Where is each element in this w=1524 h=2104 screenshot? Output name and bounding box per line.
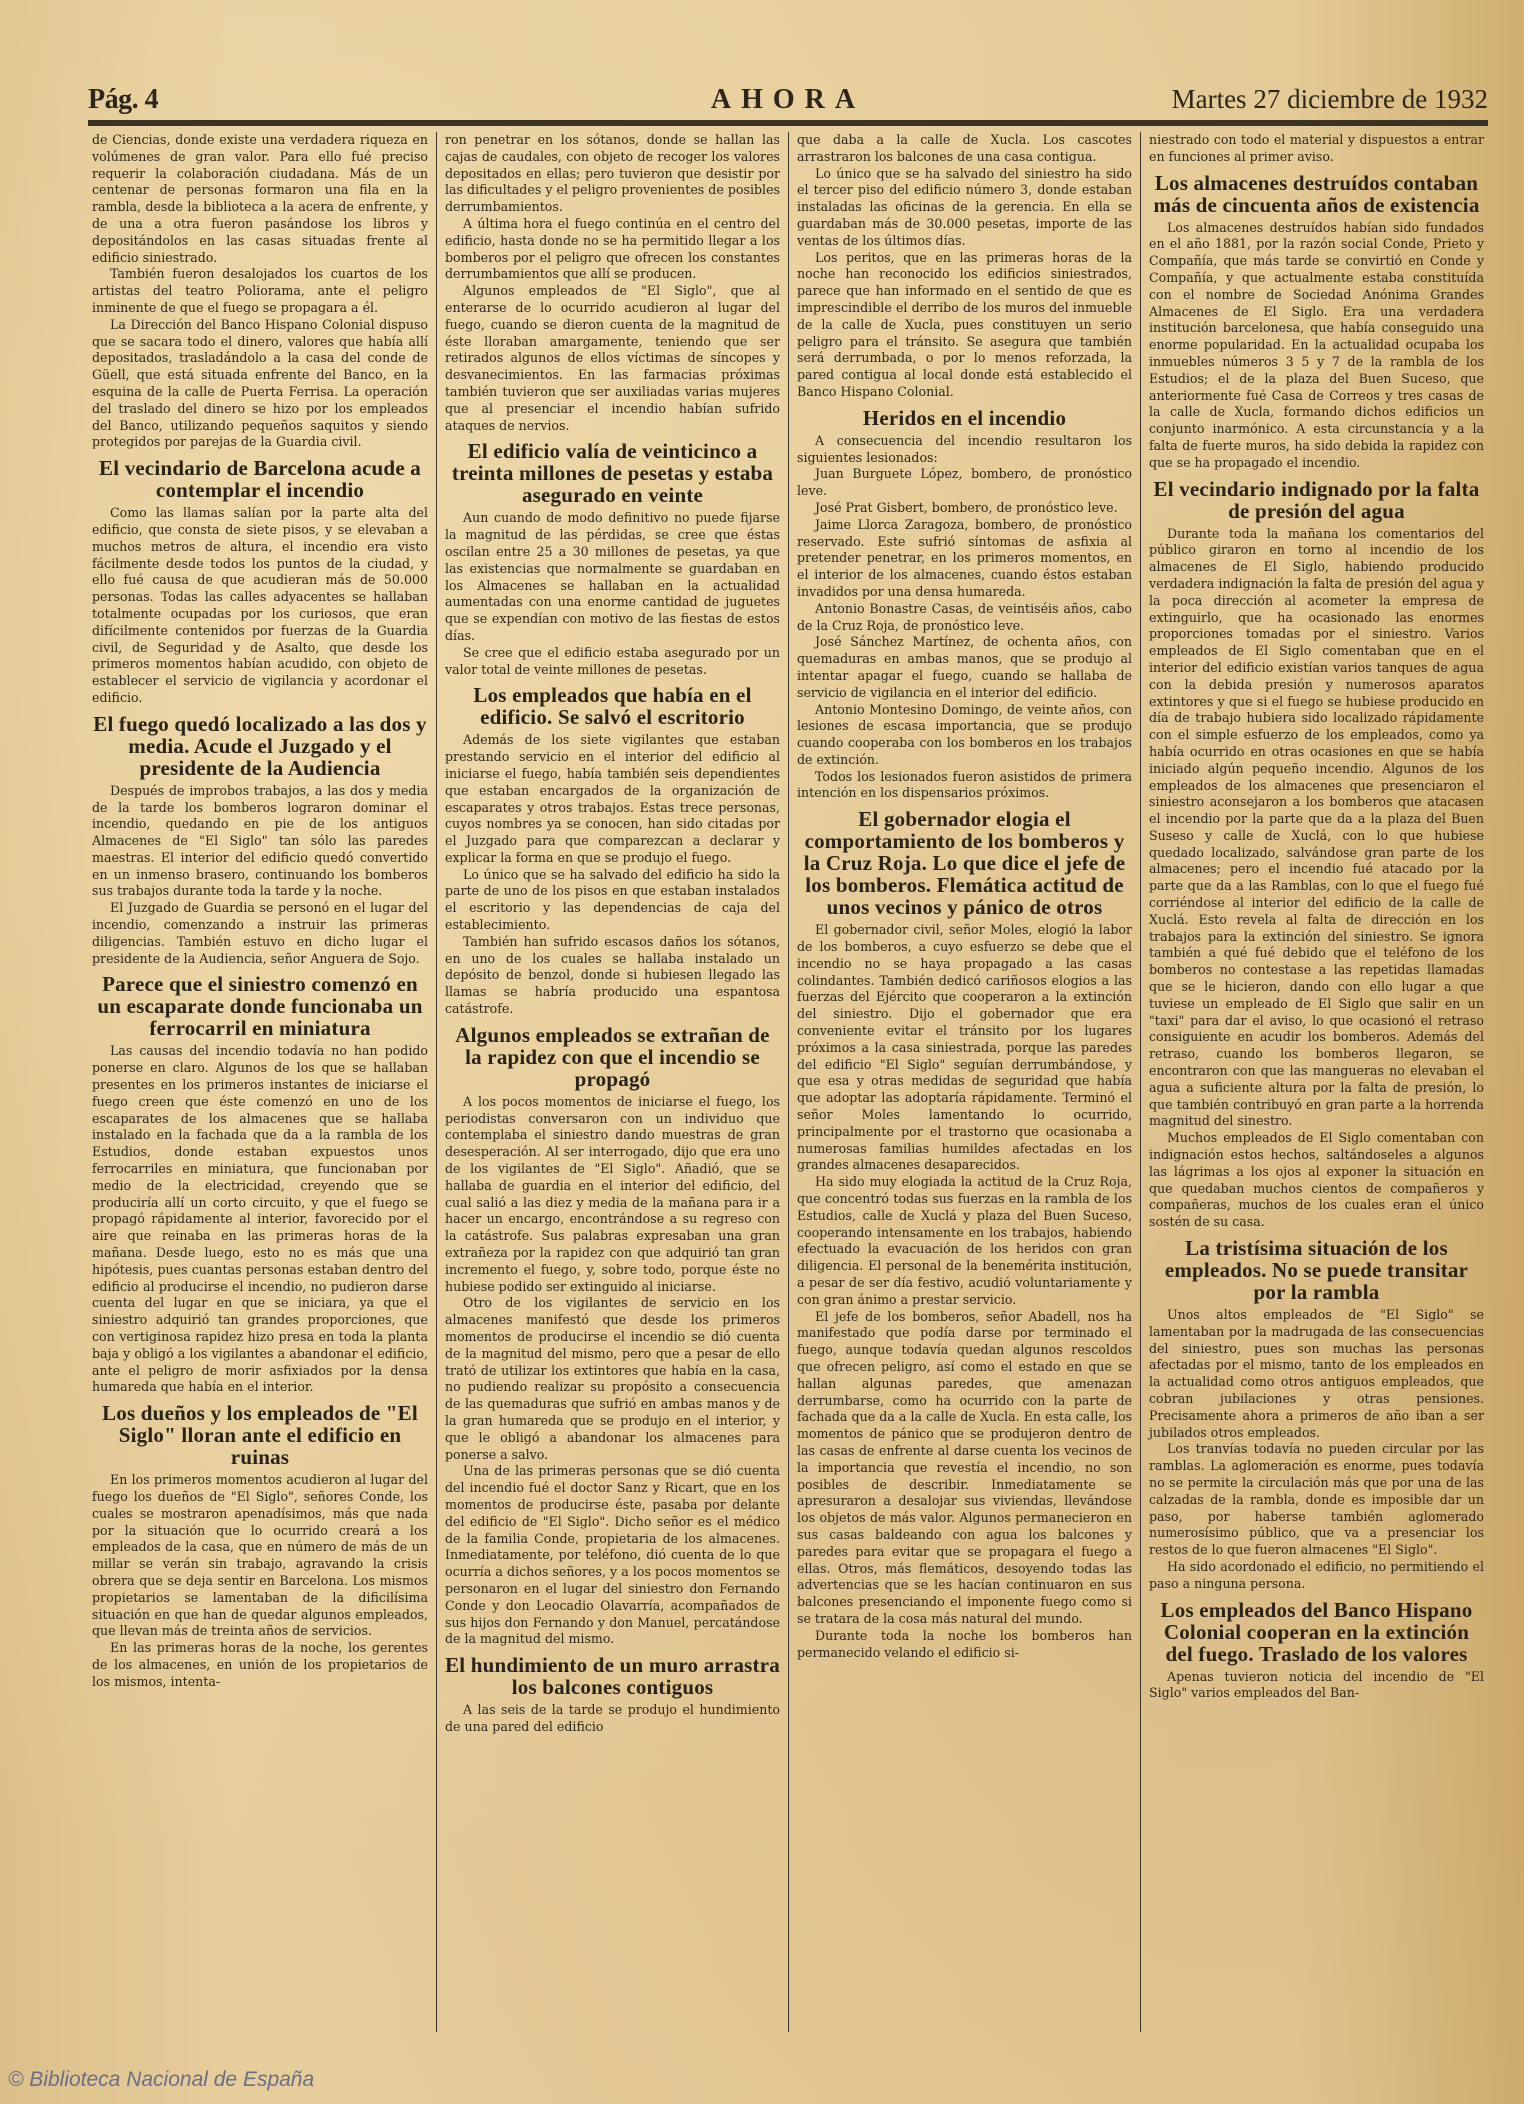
paragraph: Ha sido acordonado el edificio, no permi… (1149, 1559, 1484, 1593)
paragraph: Lo único que se ha salvado del edificio … (445, 867, 780, 934)
paragraph: El gobernador civil, señor Moles, elogió… (797, 922, 1132, 1174)
section-headline: Los empleados que había en el edificio. … (445, 684, 780, 728)
paragraph: Todos los lesionados fueron asistidos de… (797, 769, 1132, 803)
paragraph: Muchos empleados de El Siglo comentaban … (1149, 1130, 1484, 1231)
paragraph: Como las llamas salían por la parte alta… (92, 505, 428, 707)
paragraph: A consecuencia del incendio resultaron l… (797, 433, 1132, 467)
column-1: de Ciencias, donde existe una verdadera … (84, 132, 436, 2032)
column-4: niestrado con todo el material y dispues… (1140, 132, 1492, 2032)
section-headline: Los almacenes destruídos contaban más de… (1149, 172, 1484, 216)
paragraph: ron penetrar en los sótanos, donde se ha… (445, 132, 780, 216)
paragraph: José Sánchez Martínez, de ochenta años, … (797, 634, 1132, 701)
paragraph: Los peritos, que en las primeras horas d… (797, 250, 1132, 401)
paragraph: También han sufrido escasos daños los só… (445, 934, 780, 1018)
column-2: ron penetrar en los sótanos, donde se ha… (436, 132, 788, 2032)
paragraph: En las primeras horas de la noche, los g… (92, 1640, 428, 1690)
paragraph: También fueron desalojados los cuartos d… (92, 266, 428, 316)
paragraph: Las causas del incendio todavía no han p… (92, 1043, 428, 1396)
paragraph: Una de las primeras personas que se dió … (445, 1463, 780, 1648)
copyright-watermark: © Biblioteca Nacional de España (8, 2068, 314, 2092)
section-headline: El vecindario indignado por la falta de … (1149, 478, 1484, 522)
paragraph: de Ciencias, donde existe una verdadera … (92, 132, 428, 266)
section-headline: Los dueños y los empleados de "El Siglo"… (92, 1402, 428, 1468)
paragraph: La Dirección del Banco Hispano Colonial … (92, 317, 428, 451)
paragraph: Otro de los vigilantes de servicio en lo… (445, 1295, 780, 1463)
paragraph: Se cree que el edificio estaba asegurado… (445, 645, 780, 679)
paragraph: El Juzgado de Guardia se personó en el l… (92, 900, 428, 967)
paragraph: Después de improbos trabajos, a las dos … (92, 783, 428, 901)
paragraph: El jefe de los bomberos, señor Abadell, … (797, 1309, 1132, 1628)
section-headline: El hundimiento de un muro arrastra los b… (445, 1654, 780, 1698)
paragraph: A los pocos momentos de iniciarse el fue… (445, 1094, 780, 1296)
paragraph: Durante toda la noche los bomberos han p… (797, 1628, 1132, 1662)
paragraph: Los almacenes destruídos habían sido fun… (1149, 220, 1484, 472)
paragraph: A las seis de la tarde se produjo el hun… (445, 1702, 780, 1736)
paragraph: Algunos empleados de "El Siglo", que al … (445, 283, 780, 434)
section-headline: El edificio valía de veinticinco a trein… (445, 440, 780, 506)
section-headline: El fuego quedó localizado a las dos y me… (92, 713, 428, 779)
paragraph: Además de los siete vigilantes que estab… (445, 732, 780, 866)
paragraph: Juan Burguete López, bombero, de pronóst… (797, 466, 1132, 500)
section-headline: El vecindario de Barcelona acude a conte… (92, 457, 428, 501)
section-headline: Los empleados del Banco Hispano Colonial… (1149, 1599, 1484, 1665)
paragraph: Antonio Bonastre Casas, de veintiséis añ… (797, 601, 1132, 635)
issue-date: Martes 27 diciembre de 1932 (1172, 84, 1488, 115)
section-headline: El gobernador elogia el comportamiento d… (797, 808, 1132, 918)
column-3: que daba a la calle de Xucla. Los cascot… (788, 132, 1140, 2032)
paragraph: Lo único que se ha salvado del siniestro… (797, 166, 1132, 250)
paragraph: Antonio Montesino Domingo, de veinte año… (797, 702, 1132, 769)
paragraph: A última hora el fuego continúa en el ce… (445, 216, 780, 283)
masthead-rule (88, 120, 1488, 126)
masthead: Pág. 4 AHORA Martes 27 diciembre de 1932 (88, 84, 1488, 124)
section-headline: Parece que el siniestro comenzó en un es… (92, 973, 428, 1039)
paragraph: José Prat Gisbert, bombero, de pronóstic… (797, 500, 1132, 517)
paragraph: Aun cuando de modo definitivo no puede f… (445, 510, 780, 644)
article-columns: de Ciencias, donde existe una verdadera … (84, 132, 1492, 2032)
section-headline: Algunos empleados se extrañan de la rapi… (445, 1024, 780, 1090)
paragraph: que daba a la calle de Xucla. Los cascot… (797, 132, 1132, 166)
section-headline: Heridos en el incendio (797, 407, 1132, 429)
section-headline: La tristísima situación de los empleados… (1149, 1237, 1484, 1303)
paragraph: Apenas tuvieron noticia del incendio de … (1149, 1669, 1484, 1703)
paragraph: Durante toda la mañana los comentarios d… (1149, 526, 1484, 1131)
paragraph: Jaime Llorca Zaragoza, bombero, de pronó… (797, 517, 1132, 601)
paragraph: Ha sido muy elogiada la actitud de la Cr… (797, 1174, 1132, 1308)
paragraph: Unos altos empleados de "El Siglo" se la… (1149, 1307, 1484, 1441)
paragraph: Los tranvías todavía no pueden circular … (1149, 1441, 1484, 1559)
paragraph: niestrado con todo el material y dispues… (1149, 132, 1484, 166)
paragraph: En los primeros momentos acudieron al lu… (92, 1472, 428, 1640)
